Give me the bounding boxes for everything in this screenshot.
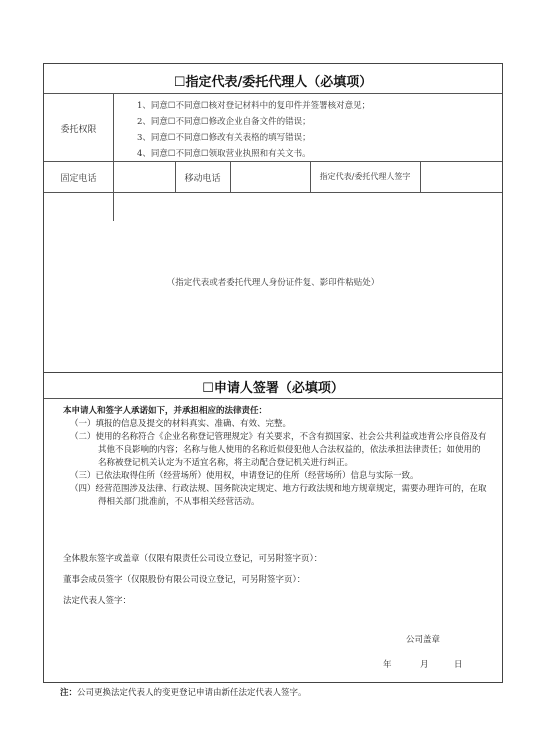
legal-representative-signature-line[interactable]: 法定代表人签字： bbox=[63, 594, 131, 606]
applicant-section-title: ☐申请人签署（必填项） bbox=[44, 377, 502, 396]
date-year[interactable]: 年 bbox=[383, 658, 392, 670]
pledge-item-3: （三）已依法取得住所（经营场所）使用权，申请登记的住所（经营场所）信息与实际一致… bbox=[70, 470, 488, 483]
landline-field[interactable] bbox=[114, 162, 174, 191]
pledge-item-2: （二）使用的名称符合《企业名称登记管理规定》有关要求，不含有损国家、社会公共利益… bbox=[70, 431, 488, 470]
date-month[interactable]: 月 bbox=[420, 658, 429, 670]
registration-form: ☐指定代表/委托代理人（必填项） 委托权限 1、同意☐不同意☐核对登记材料中的复… bbox=[43, 63, 503, 683]
pledge-block: 本申请人和签字人承诺如下，并承担相应的法律责任： （一）填报的信息及提交的材料真… bbox=[63, 405, 488, 509]
id-copy-paste-note: （指定代表或者委托代理人身份证件复、影印件粘贴处） bbox=[44, 276, 502, 288]
authority-item-4[interactable]: 4、同意☐不同意☐领取营业执照和有关文书。 bbox=[137, 147, 311, 159]
mobile-label: 移动电话 bbox=[175, 171, 230, 184]
pledge-item-1: （一）填报的信息及提交的材料真实、准确、有效、完整。 bbox=[70, 418, 488, 431]
divider bbox=[44, 372, 502, 373]
signature-label: 指定代表/委托代理人签字 bbox=[310, 171, 420, 182]
landline-label: 固定电话 bbox=[44, 171, 113, 184]
signature-field[interactable] bbox=[421, 162, 501, 191]
shareholders-signature-line[interactable]: 全体股东签字或盖章（仅限有限责任公司设立登记，可另附签字页）： bbox=[63, 552, 322, 564]
authority-item-3[interactable]: 3、同意☐不同意☐修改有关表格的填写错误； bbox=[137, 131, 311, 143]
footnote: 注：公司更换法定代表人的变更登记申请由新任法定代表人签字。 bbox=[60, 686, 307, 698]
footnote-text: 公司更换法定代表人的变更登记申请由新任法定代表人签字。 bbox=[77, 688, 307, 698]
divider bbox=[44, 398, 502, 399]
pledge-item-4: （四）经营范围涉及法律、行政法规、国务院决定规定、地方行政法规和地方规章规定，需… bbox=[70, 483, 488, 509]
footnote-prefix: 注： bbox=[60, 688, 77, 698]
board-members-signature-line[interactable]: 董事会成员签字（仅限股份有限公司设立登记，可另附签字页）： bbox=[63, 573, 305, 585]
pledge-head: 本申请人和签字人承诺如下，并承担相应的法律责任： bbox=[63, 405, 488, 418]
representative-section-title: ☐指定代表/委托代理人（必填项） bbox=[44, 71, 502, 90]
authority-item-1[interactable]: 1、同意☐不同意☐核对登记材料中的复印件并签署核对意见； bbox=[137, 99, 370, 111]
authority-item-2[interactable]: 2、同意☐不同意☐修改企业自备文件的错误； bbox=[137, 115, 311, 127]
company-seal-label: 公司盖章 bbox=[406, 633, 440, 645]
mobile-field[interactable] bbox=[231, 162, 309, 191]
authority-label: 委托权限 bbox=[44, 122, 113, 135]
date-day[interactable]: 日 bbox=[454, 658, 463, 670]
